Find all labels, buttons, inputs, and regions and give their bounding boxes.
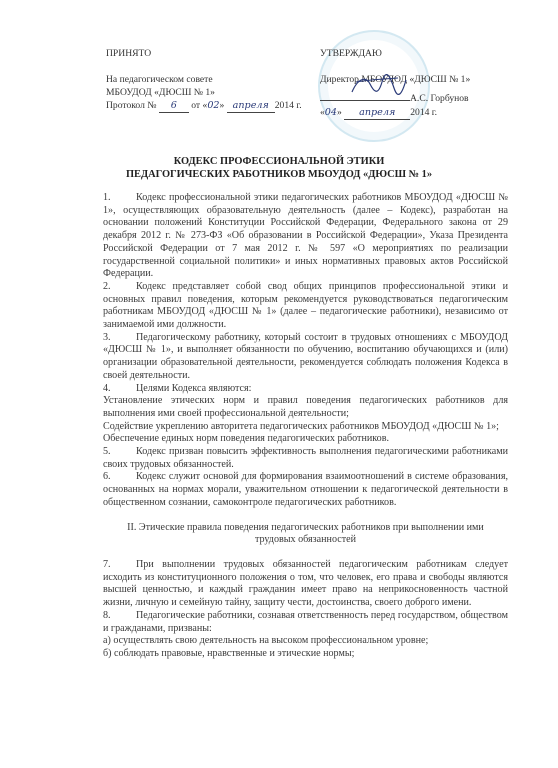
goal-item: Установление этических норм и правил пов… xyxy=(103,395,508,420)
paragraph-2: 2.Кодекс представляет собой свод общих п… xyxy=(103,281,508,332)
approved-heading: УТВЕРЖДАЮ xyxy=(320,47,382,60)
director-name: А.С. Горбунов xyxy=(410,93,469,104)
accepted-school-line: МБОУДОД «ДЮСШ № 1» xyxy=(106,86,215,99)
approval-day-handwritten: 04 xyxy=(325,107,337,118)
paragraph-7: 7.При выполнении трудовых обязанностей п… xyxy=(103,559,508,610)
protocol-prefix: Протокол № xyxy=(106,100,156,111)
protocol-day-handwritten: 02 xyxy=(207,100,219,111)
paragraph-1: 1.Кодекс профессиональной этики педагоги… xyxy=(103,192,508,281)
approval-month-handwritten: апреля xyxy=(344,106,410,120)
paragraph-6: 6.Кодекс служит основой для формирования… xyxy=(103,471,508,509)
list-item: а) осуществлять свою деятельность на выс… xyxy=(103,635,508,648)
paragraph-4: 4.Целями Кодекса являются: xyxy=(103,383,508,396)
paragraph-5: 5.Кодекс призван повысить эффективность … xyxy=(103,446,508,471)
list-item: б) соблюдать правовые, нравственные и эт… xyxy=(103,648,508,661)
protocol-line: Протокол № 6 от «02» апреля2014 г. xyxy=(106,99,302,113)
protocol-month-handwritten: апреля xyxy=(227,99,275,113)
paragraph-8: 8.Педагогические работники, сознавая отв… xyxy=(103,610,508,635)
accepted-council-line: На педагогическом совете xyxy=(106,73,213,86)
document-title-line1: КОДЕКС ПРОФЕССИОНАЛЬНОЙ ЭТИКИ xyxy=(0,155,558,168)
approval-year: 2014 г. xyxy=(410,107,437,118)
goal-item: Обеспечение единых норм поведения педаго… xyxy=(103,433,508,446)
protocol-number-handwritten: 6 xyxy=(159,99,189,113)
paragraph-3: 3.Педагогическому работнику, который сос… xyxy=(103,332,508,383)
director-signature-line: А.С. Горбунов xyxy=(320,92,469,105)
accepted-heading: ПРИНЯТО xyxy=(106,47,151,60)
document-body: 1.Кодекс профессиональной этики педагоги… xyxy=(103,192,508,661)
document-title-line2: ПЕДАГОГИЧЕСКИХ РАБОТНИКОВ МБОУДОД «ДЮСШ … xyxy=(0,168,558,181)
approval-date-line: «04» апреля2014 г. xyxy=(320,106,437,120)
section-2-heading: II. Этические правила поведения педагоги… xyxy=(103,522,508,547)
protocol-year: 2014 г. xyxy=(275,100,302,111)
goal-item: Содействие укреплению авторитета педагог… xyxy=(103,421,508,434)
protocol-from-prefix: от « xyxy=(191,100,207,111)
